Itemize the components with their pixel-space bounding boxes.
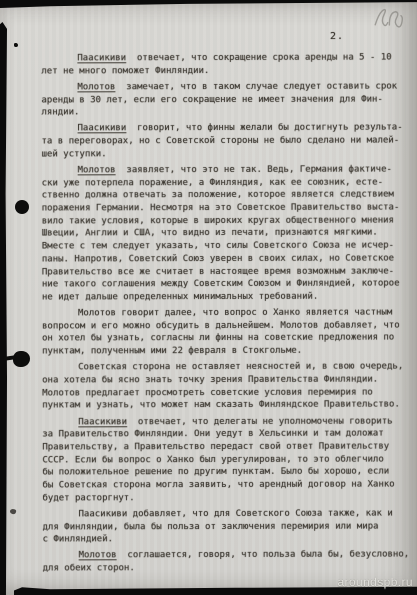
- text-line: пунктам, полученным ими 22 февраля в Сто…: [42, 345, 404, 359]
- paragraph-first-line: Молотов замечает, что в таком случае сле…: [41, 80, 403, 94]
- paragraph: Советская сторона не оставляет неясносте…: [42, 361, 404, 413]
- text-line: СССР. Если бы вопрос о Ханко был урегули…: [42, 453, 404, 467]
- speaker-name: Молотов: [78, 165, 116, 175]
- text-line: Правительство все же считает в настоящее…: [42, 265, 404, 279]
- hole-punch-mark: [13, 351, 30, 367]
- paragraph-first-line: Паасикиви говорит, что финны желали бы д…: [42, 122, 404, 136]
- paragraph: Паасикиви говорит, что финны желали бы д…: [42, 122, 404, 161]
- text-line: бы Советская сторона могла заявить, что …: [42, 479, 404, 493]
- text-line: она хотела бы ясно знать точку зрения Пр…: [42, 374, 404, 388]
- scanned-document-page: { "page": { "number": "2.", "handwritten…: [0, 0, 417, 595]
- line-text: Паасикиви добавляет, что для Советского …: [79, 508, 393, 519]
- paragraph: Молотов говорит далее, что вопрос о Ханк…: [42, 307, 404, 359]
- text-line: ляндии.: [41, 106, 403, 120]
- text-line: ние такого соглашения между Советским Со…: [42, 278, 404, 292]
- line-text: говорит, что финны желали бы достигнуть …: [126, 123, 402, 134]
- text-line: лет не много поможет Финляндии.: [41, 64, 403, 78]
- text-line: не идет дальше определенных минимальных …: [42, 290, 404, 304]
- hole-punch-mark: [15, 200, 29, 214]
- handwritten-mark: [369, 2, 412, 40]
- paragraph: Паасикиви отвечает, что сокращение срока…: [41, 52, 403, 78]
- text-line: вило такие условия, которые в широких кр…: [42, 214, 404, 228]
- text-line: вопросом и его можно обсудить в дальнейш…: [42, 319, 404, 333]
- ink-smudge: [9, 508, 16, 515]
- paragraph-first-line: Молотов заявляет, что это не так. Ведь, …: [42, 164, 404, 178]
- paragraph: Паасикиви отвечает, что делегаты не упол…: [42, 415, 404, 505]
- scan-edge-left: [0, 22, 7, 595]
- line-text: отвечает, что делегаты не уполномочены г…: [127, 416, 393, 427]
- text-line: для Финляндии, была бы польза от заключе…: [43, 520, 405, 534]
- text-line: за Правительство Финляндии. Они уедут в …: [42, 428, 404, 442]
- line-text: Советская сторона не оставляет неясносте…: [78, 362, 403, 373]
- text-line: бы положительное решение по другим пункт…: [42, 466, 404, 480]
- text-line: будет расторгнут.: [42, 491, 404, 505]
- text-line: шей уступки.: [42, 147, 404, 161]
- text-line: пунктам и узнать, что может нам сказать …: [42, 399, 404, 413]
- paragraph: Молотов заявляет, что это не так. Ведь, …: [42, 164, 404, 305]
- paragraph-first-line: Молотов соглашается, говоря, что польза …: [43, 549, 405, 563]
- paragraph-first-line: Паасикиви добавляет, что для Советского …: [43, 507, 405, 521]
- paragraph-first-line: Паасикиви отвечает, что сокращение срока…: [41, 52, 403, 66]
- speaker-name: Молотов: [77, 82, 115, 92]
- paragraph-first-line: Советская сторона не оставляет неясносте…: [42, 361, 404, 375]
- paragraph: Молотов соглашается, говоря, что польза …: [43, 549, 405, 575]
- text-line: Правительству, а Правительство передаст …: [42, 440, 404, 454]
- speaker-name: Паасикиви: [78, 417, 127, 427]
- text-line: аренды в 30 лет, если его сокращение не …: [41, 93, 403, 107]
- line-text: Молотов говорит далее, что вопрос о Ханк…: [78, 308, 392, 319]
- paragraph-first-line: Молотов говорит далее, что вопрос о Ханк…: [42, 307, 404, 321]
- scan-edge-top: [0, 0, 417, 8]
- line-text: замечает, что в таком случае следует ост…: [115, 81, 397, 92]
- page-number: 2.: [330, 31, 344, 42]
- paragraph: Паасикиви добавляет, что для Советского …: [43, 507, 405, 546]
- line-text: соглашается, говоря, что польза была бы,…: [117, 550, 410, 561]
- ink-speck: [14, 43, 18, 47]
- line-text: заявляет, что это не так. Ведь, Германия…: [116, 165, 392, 176]
- text-line: Вместе с тем следует указать, что силы С…: [42, 240, 404, 254]
- text-line: Молотов предлагает просмотреть советские…: [42, 386, 404, 400]
- text-line: для обеих сторон.: [43, 562, 405, 576]
- line-text: отвечает, что сокращение срока аренды на…: [126, 53, 392, 64]
- document-text: Паасикиви отвечает, что сокращение срока…: [41, 52, 404, 576]
- paragraph-first-line: Паасикиви отвечает, что делегаты не упол…: [42, 415, 404, 429]
- text-line: он хотел бы узнать, согласны ли финны на…: [42, 332, 404, 346]
- speaker-name: Молотов: [79, 551, 117, 561]
- text-line: ственно должна отвечать за положение, ко…: [42, 189, 404, 203]
- text-line: ски уже потерпела поражение, а Финляндия…: [42, 176, 404, 190]
- text-line: Швеции, Англии и США, что видно из печат…: [42, 227, 404, 241]
- paragraph: Молотов замечает, что в таком случае сле…: [41, 80, 403, 119]
- text-line: поражения Германии. Несмотря на это Сове…: [42, 202, 404, 216]
- speaker-name: Паасикиви: [78, 124, 127, 134]
- watermark: aroundspb.ru: [337, 575, 413, 589]
- text-line: та в переговорах, но с Советской стороны…: [42, 135, 404, 149]
- text-line: с Финляндией.: [43, 533, 405, 547]
- paper-background: 2. Паасикиви отвечает, что сокращение ср…: [0, 0, 417, 595]
- speaker-name: Паасикиви: [77, 53, 126, 63]
- text-line: паны. Напротив, Советский Союз уверен в …: [42, 252, 404, 266]
